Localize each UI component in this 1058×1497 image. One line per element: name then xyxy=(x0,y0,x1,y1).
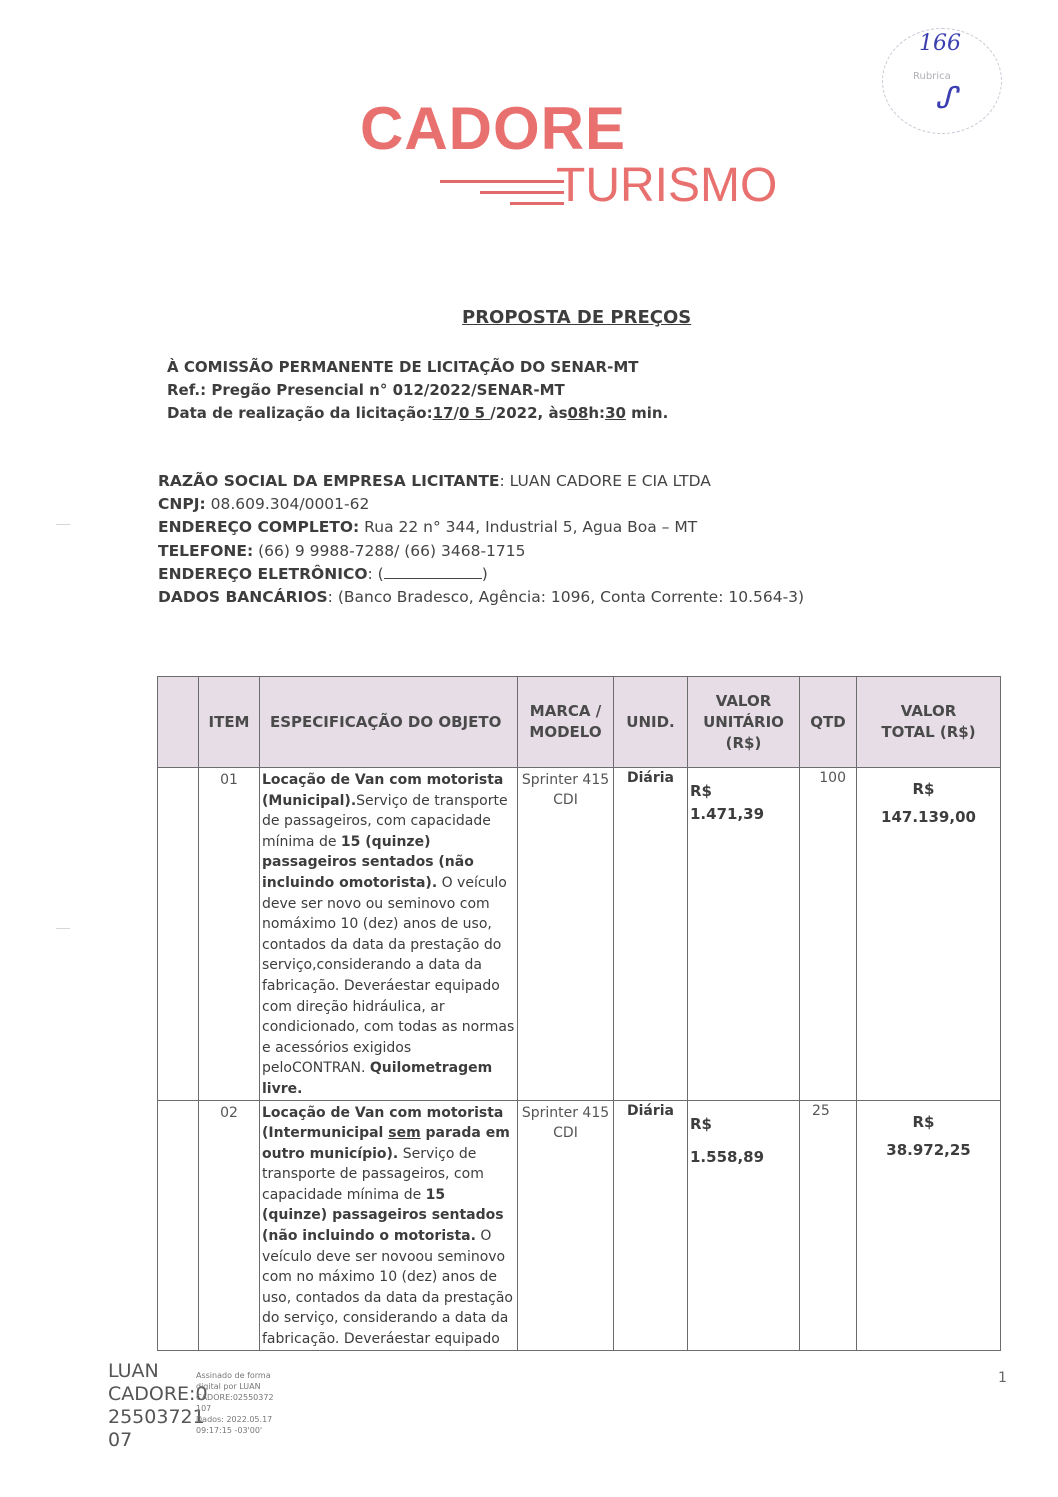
address-value: Rua 22 n° 344, Industrial 5, Agua Boa – … xyxy=(359,518,697,536)
item-total: R$38.972,25 xyxy=(857,1100,1001,1350)
addressee-line: À COMISSÃO PERMANENTE DE LICITAÇÃO DO SE… xyxy=(167,356,668,379)
reference-block: À COMISSÃO PERMANENTE DE LICITAÇÃO DO SE… xyxy=(167,356,668,425)
item-unit-price: R$1.471,39 xyxy=(688,768,800,1101)
item-spec: Locação de Van com motorista (Intermunic… xyxy=(260,1100,518,1350)
item-total: R$147.139,00 xyxy=(857,768,1001,1101)
digital-signature-details: Assinado de forma digital por LUAN CADOR… xyxy=(196,1370,274,1436)
time-min: 30 xyxy=(605,404,626,422)
unit-price-currency: R$ xyxy=(690,780,799,803)
table-header-row: ITEM ESPECIFICAÇÃO DO OBJETO MARCA /MODE… xyxy=(158,677,1001,768)
logo-speed-line xyxy=(440,180,564,183)
sig-detail-line: Assinado de forma xyxy=(196,1370,274,1381)
header-unit: UNID. xyxy=(614,677,688,768)
header-blank xyxy=(158,677,199,768)
sig-detail-line: Dados: 2022.05.17 xyxy=(196,1414,274,1425)
company-logo: CADORE TURISMO xyxy=(360,96,820,216)
item-qty: 25 xyxy=(800,1100,857,1350)
spec-text: O veículo deve ser novo ou seminovo com … xyxy=(262,875,514,1076)
sig-detail-line: CADORE:02550372 xyxy=(196,1392,274,1403)
item-unit: Diária xyxy=(614,768,688,1101)
date-day: 17 xyxy=(433,404,454,422)
phone-row: TELEFONE: (66) 9 9988-7288/ (66) 3468-17… xyxy=(158,540,804,563)
row-blank-cell xyxy=(158,768,199,1101)
item-brand: Sprinter 415 CDI xyxy=(518,1100,614,1350)
logo-turismo-text: TURISMO xyxy=(556,160,777,212)
price-table: ITEM ESPECIFICAÇÃO DO OBJETO MARCA /MODE… xyxy=(157,676,1001,1351)
time-suffix: min. xyxy=(626,404,668,422)
phone-label: TELEFONE: xyxy=(158,542,253,560)
protocol-stamp: 166 Rubrica ᔑ xyxy=(882,28,1002,134)
address-row: ENDEREÇO COMPLETO: Rua 22 n° 344, Indust… xyxy=(158,516,804,539)
scan-edge-mark xyxy=(56,524,70,525)
bank-row: DADOS BANCÁRIOS: (Banco Bradesco, Agênci… xyxy=(158,586,804,609)
cnpj-label: CNPJ: xyxy=(158,495,206,513)
date-line: Data de realização da licitação:17/0 5 /… xyxy=(167,402,668,425)
bank-label: DADOS BANCÁRIOS xyxy=(158,588,328,606)
company-name-value: : LUAN CADORE E CIA LTDA xyxy=(499,472,710,490)
company-info: RAZÃO SOCIAL DA EMPRESA LICITANTE: LUAN … xyxy=(158,470,804,609)
time-hour: 08 xyxy=(568,404,589,422)
item-number: 01 xyxy=(199,768,260,1101)
item-brand: Sprinter 415 CDI xyxy=(518,768,614,1101)
company-name-label: RAZÃO SOCIAL DA EMPRESA LICITANTE xyxy=(158,472,499,490)
bank-value: : (Banco Bradesco, Agência: 1096, Conta … xyxy=(328,588,804,606)
header-item: ITEM xyxy=(199,677,260,768)
date-month: 0 5 xyxy=(459,404,490,422)
sig-name-line: CADORE:0 xyxy=(108,1383,208,1406)
sig-name-line: 07 xyxy=(108,1429,208,1452)
sig-detail-line: 107 xyxy=(196,1403,274,1414)
total-value: 147.139,00 xyxy=(857,808,1000,826)
sig-detail-line: 09:17:15 -03'00' xyxy=(196,1425,274,1436)
spec-bold-underline: sem xyxy=(388,1125,420,1141)
header-brand-2: MODELO xyxy=(518,722,613,743)
header-total: VALORTOTAL (R$) xyxy=(857,677,1001,768)
email-blank-field xyxy=(384,564,482,579)
total-value: 38.972,25 xyxy=(857,1141,1000,1159)
unit-price-currency: R$ xyxy=(690,1113,799,1136)
header-unit-price-1: VALOR xyxy=(688,691,799,712)
logo-cadore-text: CADORE xyxy=(360,96,626,162)
digital-signature-name: LUAN CADORE:0 25503721 07 xyxy=(108,1360,208,1452)
stamp-page-number: 166 xyxy=(919,31,961,56)
company-name-row: RAZÃO SOCIAL DA EMPRESA LICITANTE: LUAN … xyxy=(158,470,804,493)
sig-detail-line: digital por LUAN xyxy=(196,1381,274,1392)
unit-price-value: 1.471,39 xyxy=(690,803,799,826)
stamp-signature-icon: ᔑ xyxy=(935,81,956,116)
item-number: 02 xyxy=(199,1100,260,1350)
page-title: PROPOSTA DE PREÇOS xyxy=(462,307,691,328)
row-blank-cell xyxy=(158,1100,199,1350)
header-spec: ESPECIFICAÇÃO DO OBJETO xyxy=(260,677,518,768)
header-total-2: TOTAL (R$) xyxy=(857,722,1000,743)
unit-price-value: 1.558,89 xyxy=(690,1146,799,1169)
date-year: /2022, às xyxy=(490,404,567,422)
header-unit-price-3: (R$) xyxy=(688,733,799,754)
email-row: ENDEREÇO ELETRÔNICO: () xyxy=(158,563,804,586)
total-currency: R$ xyxy=(847,1113,1000,1131)
sig-name-line: 25503721 xyxy=(108,1406,208,1429)
email-prefix: : ( xyxy=(368,565,384,583)
header-unit-price: VALORUNITÁRIO(R$) xyxy=(688,677,800,768)
logo-speed-line xyxy=(480,191,564,194)
page-number: 1 xyxy=(998,1370,1007,1386)
item-unit: Diária xyxy=(614,1100,688,1350)
header-brand: MARCA /MODELO xyxy=(518,677,614,768)
header-unit-price-2: UNITÁRIO xyxy=(688,712,799,733)
cnpj-value: 08.609.304/0001-62 xyxy=(206,495,370,513)
header-spec-text: ESPECIFICAÇÃO DO OBJETO xyxy=(270,713,501,731)
email-label: ENDEREÇO ELETRÔNICO xyxy=(158,565,368,583)
spec-text: O veículo deve ser novoou seminovo com n… xyxy=(262,1228,513,1347)
email-suffix: ) xyxy=(482,565,488,583)
address-label: ENDEREÇO COMPLETO: xyxy=(158,518,359,536)
table-row: 02 Locação de Van com motorista (Intermu… xyxy=(158,1100,1001,1350)
sig-name-line: LUAN xyxy=(108,1360,208,1383)
total-currency: R$ xyxy=(847,780,1000,798)
header-total-1: VALOR xyxy=(857,701,1000,722)
cnpj-row: CNPJ: 08.609.304/0001-62 xyxy=(158,493,804,516)
header-qty: QTD xyxy=(800,677,857,768)
item-spec: Locação de Van com motorista (Municipal)… xyxy=(260,768,518,1101)
time-h: h: xyxy=(588,404,605,422)
table-row: 01 Locação de Van com motorista (Municip… xyxy=(158,768,1001,1101)
header-brand-1: MARCA / xyxy=(518,701,613,722)
reference-line: Ref.: Pregão Presencial n° 012/2022/SENA… xyxy=(167,379,668,402)
date-label: Data de realização da licitação: xyxy=(167,404,433,422)
phone-value: (66) 9 9988-7288/ (66) 3468-1715 xyxy=(253,542,525,560)
item-qty: 100 xyxy=(800,768,857,1101)
scan-edge-mark xyxy=(56,928,70,929)
item-unit-price: R$1.558,89 xyxy=(688,1100,800,1350)
